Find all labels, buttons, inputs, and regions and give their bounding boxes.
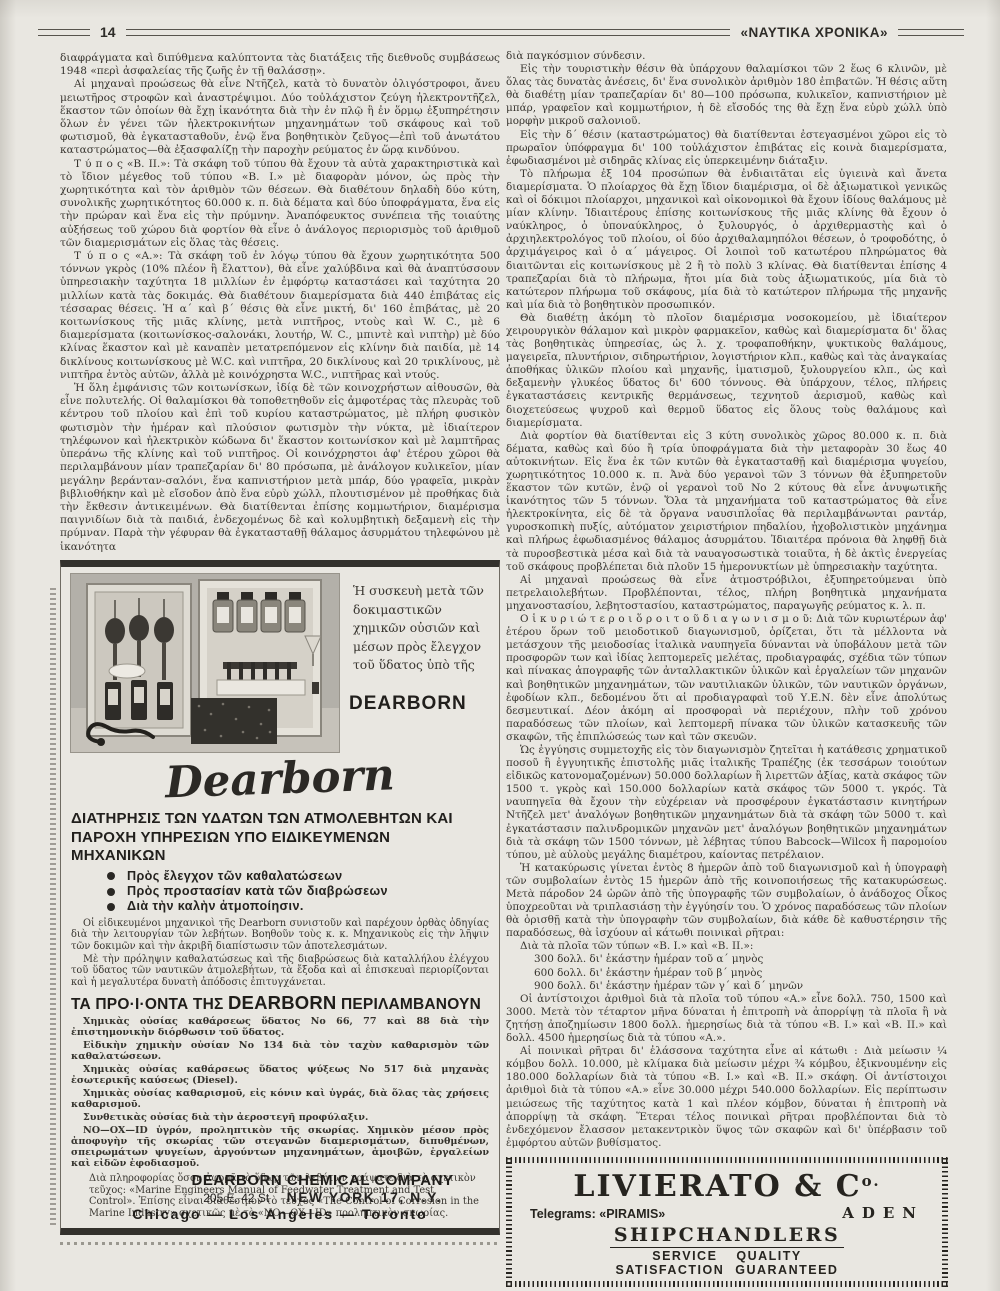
street-address: 205 E. 42 St	[203, 1191, 269, 1205]
right-column: διὰ παγκόσμιον σύνδεσιν.Εἰς τὴν τουριστι…	[506, 50, 947, 1152]
bullet-dot-icon	[107, 872, 115, 880]
caption-text: Ἡ συσκευὴ μετὰ τῶν δοκιμαστικῶν χημικῶν …	[349, 582, 489, 675]
bullet-text: Διὰ τὴν καλὴν ἀτμοποίησιν.	[127, 899, 304, 914]
scan-edge-artifact	[60, 1242, 500, 1245]
test-kit-cabinet-illustration	[71, 574, 339, 752]
ad-bullet-item: Πρὸς προστασίαν κατὰ τῶν διαβρώσεων	[107, 884, 489, 899]
product-item: Συνθετικὰς οὐσίας διὰ τὴν ἀεροστεγῆ προφ…	[71, 1112, 489, 1123]
body-paragraph: Θὰ διαθέτῃ ἀκόμη τὸ πλοῖον διαμέρισμα νο…	[506, 312, 947, 430]
bullet-dot-icon	[107, 888, 115, 896]
body-paragraph: Διὰ φορτίον θὰ διατίθενται εἰς 3 κύτη συ…	[506, 430, 947, 574]
body-paragraph: Τὸ πλήρωμα ἐξ 104 προσώπων θὰ ἐνδιαιτᾶτα…	[506, 168, 947, 312]
body-paragraph: Ὡς ἐγγύησις συμμετοχῆς εἰς τὸν διαγωνισμ…	[506, 744, 947, 862]
ad-headline-line1: ΔΙΑΤΗΡΗΣΙΣ ΤΩΝ ΥΔΑΤΩΝ ΤΩΝ ΑΤΜΟΛΕΒΗΤΩΝ ΚΑ…	[71, 810, 453, 827]
ad-paragraph: Οἱ εἰδικευμένοι μηχανικοὶ τῆς Dearborn σ…	[71, 918, 489, 952]
bullet-text: Πρὸς προστασίαν κατὰ τῶν διαβρώσεων	[127, 884, 388, 899]
company-block: DEARBORN CHEMICAL COMPANY 205 E. 42 St N…	[71, 1172, 489, 1222]
livierato-name: LIVIERATO & Co.	[526, 1169, 928, 1204]
magazine-page: 14 «ΝΑΥΤΙΚΑ ΧΡΟΝΙΚΑ» διαφράγματα καὶ διπ…	[0, 0, 1000, 1291]
body-paragraph: Οἱ ἀντίστοιχοι ἀριθμοὶ διὰ τὰ πλοῖα τοῦ …	[506, 993, 947, 1045]
body-paragraph: 900 δολλ. δι' ἑκάστην ἡμέραν τῶν γ΄ καὶ …	[506, 980, 947, 993]
dearborn-brand-word: DEARBORN	[349, 693, 489, 715]
body-paragraph: Αἱ ποινικαὶ ρῆτραι δι' ἐλάσσονα ταχύτητα…	[506, 1045, 947, 1150]
products-heading-prefix: ΤΑ ΠΡΟ·Ι·ΟΝΤΑ ΤΗΣ	[71, 996, 223, 1013]
body-paragraph: Τ ύ π ο ς «Α.»: Τὰ σκάφη τοῦ ἐν λόγῳ τύπ…	[60, 250, 500, 382]
header-rule	[898, 29, 964, 36]
body-paragraph: Διὰ τὰ πλοῖα τῶν τύπων «Β. Ι.» καὶ «Β. Ι…	[506, 940, 947, 953]
bullet-text: Πρὸς ἔλεγχον τῶν καθαλατώσεων	[127, 869, 343, 884]
bullet-dot-icon	[107, 903, 115, 911]
livierato-ad-content: LIVIERATO & Co. Telegrams: «PIRAMIS» ADE…	[512, 1163, 942, 1281]
body-paragraph: Ἡ ὅλη ἐμφάνισις τῶν κοιτωνίσκων, ἰδίᾳ δὲ…	[60, 382, 500, 554]
dearborn-product-photo	[71, 574, 339, 752]
livierato-ad: LIVIERATO & Co. Telegrams: «PIRAMIS» ADE…	[506, 1157, 948, 1287]
ad-headline: ΔΙΑΤΗΡΗΣΙΣ ΤΩΝ ΥΔΑΤΩΝ ΤΩΝ ΑΤΜΟΛΕΒΗΤΩΝ ΚΑ…	[71, 810, 489, 866]
body-paragraph: Τ ύ π ο ς «Β. ΙΙ.»: Τὰ σκάφη τοῦ τύπου θ…	[60, 158, 500, 250]
city-address: NEW YORK 17, N.Y.	[287, 1189, 442, 1205]
company-branches: Chicago — Los Angeles — Toronto	[71, 1206, 489, 1222]
header-rule	[126, 29, 731, 36]
telegrams: Telegrams: «PIRAMIS»	[530, 1207, 665, 1221]
products-list: Χημικὰς οὐσίας καθάρσεως ὕδατος Νο 66, 7…	[71, 1016, 489, 1169]
dearborn-logo-text: Dearborn	[162, 755, 395, 805]
livierato-name-sup: o.	[862, 1172, 881, 1190]
ad-headline-line2: ΠΑΡΟΧΗ ΥΠΗΡΕΣΙΩΝ ΥΠΟ ΕΙΔΙΚΕΥΜΕΝΩΝ ΜΗΧΑΝΙ…	[71, 829, 390, 865]
satisfaction-line: SATISFACTION GUARANTEED	[526, 1263, 928, 1277]
body-paragraph: Ο ἱ κ υ ρ ι ώ τ ε ρ ο ι ὅ ρ ο ι τ ο ῦ δ …	[506, 613, 947, 744]
ad-bullet-item: Πρὸς ἔλεγχον τῶν καθαλατώσεων	[107, 869, 489, 884]
service-quality-line: SERVICE QUALITY	[526, 1249, 928, 1263]
body-paragraph: Αἱ μηχαναὶ προώσεως θὰ εἶνε ἀτμοστρόβιλο…	[506, 574, 947, 613]
livierato-telegrams-row: Telegrams: «PIRAMIS» ADEN	[530, 1204, 924, 1222]
scan-edge-artifact	[50, 585, 56, 1225]
page-number: 14	[100, 24, 116, 40]
body-paragraph: 300 δολλ. δι' ἑκάστην ἡμέραν τοῦ α΄ μηνὸ…	[506, 953, 947, 966]
ad-border	[942, 1157, 948, 1287]
magazine-title: «ΝΑΥΤΙΚΑ ΧΡΟΝΙΚΑ»	[740, 25, 888, 40]
dearborn-photo-caption: Ἡ συσκευὴ μετὰ τῶν δοκιμαστικῶν χημικῶν …	[349, 574, 489, 752]
shipchandlers-title: SHIPCHANDLERS	[610, 1224, 844, 1248]
header-rule	[38, 29, 90, 36]
product-item: Χημικὰς οὐσίας καθαρισμοῦ, εἰς κόνιν καὶ…	[71, 1088, 489, 1110]
products-heading: ΤΑ ΠΡΟ·Ι·ΟΝΤΑ ΤΗΣ DEARBORN ΠΕΡΙΛΑΜΒΑΝΟΥΝ	[71, 992, 489, 1014]
body-paragraph: 600 δολλ. δι' ἑκάστην ἡμέραν τοῦ β΄ μηνὸ…	[506, 967, 947, 980]
ad-bullet-list: Πρὸς ἔλεγχον τῶν καθαλατώσεων Πρὸς προστ…	[71, 869, 489, 915]
body-paragraph: διαφράγματα καὶ διπύθμενα καλύπτοντα τὰς…	[60, 52, 500, 78]
telegrams-value: «PIRAMIS»	[599, 1207, 665, 1221]
product-item: Χημικὰς οὐσίας καθάρσεως ὕδατος ψύξεως Ν…	[71, 1064, 489, 1086]
ad-bullet-item: Διὰ τὴν καλὴν ἀτμοποίησιν.	[107, 899, 489, 914]
body-paragraph: Αἱ μηχαναὶ προώσεως θὰ εἶνε Ντῆζελ, κατὰ…	[60, 78, 500, 157]
product-item: Εἰδικὴν χημικὴν οὐσίαν Νο 134 διὰ τὸν τα…	[71, 1040, 489, 1062]
livierato-name-main: LIVIERATO & C	[573, 1169, 861, 1204]
ad-border	[506, 1281, 948, 1287]
shipchandlers-title-row: SHIPCHANDLERS	[526, 1224, 928, 1246]
telegrams-label: Telegrams:	[530, 1207, 596, 1221]
dearborn-photo-row: Ἡ συσκευὴ μετὰ τῶν δοκιμαστικῶν χημικῶν …	[71, 574, 489, 752]
dearborn-ad: Ἡ συσκευὴ μετὰ τῶν δοκιμαστικῶν χημικῶν …	[60, 560, 500, 1235]
product-item: NO—OX—ID ὑγρόν, προληπτικὸν τῆς σκωρίας.…	[71, 1125, 489, 1169]
body-paragraph: Εἰς τὴν δ΄ θέσιν (καταστρώματος) θὰ διατ…	[506, 129, 947, 168]
body-paragraph: Εἰς τὴν τουριστικὴν θέσιν θὰ ὑπάρχουν θα…	[506, 63, 947, 128]
ad-paragraph: Μὲ τὴν πρόληψιν καθαλατώσεως καὶ τῆς δια…	[71, 954, 489, 988]
product-item: Χημικὰς οὐσίας καθάρσεως ὕδατος Νο 66, 7…	[71, 1016, 489, 1038]
body-paragraph: Ἡ κατακύρωσις γίνεται ἐντὸς 8 ἡμερῶν ἀπὸ…	[506, 862, 947, 941]
products-heading-brand: DEARBORN	[228, 992, 337, 1013]
left-column: διαφράγματα καὶ διπύθμενα καλύπτοντα τὰς…	[60, 52, 500, 558]
products-heading-suffix: ΠΕΡΙΛΑΜΒΑΝΟΥΝ	[341, 996, 481, 1013]
body-paragraph: διὰ παγκόσμιον σύνδεσιν.	[506, 50, 947, 63]
company-address: 205 E. 42 St NEW YORK 17, N.Y.	[71, 1189, 489, 1205]
page-header: 14 «ΝΑΥΤΙΚΑ ΧΡΟΝΙΚΑ»	[38, 24, 964, 40]
company-name: DEARBORN CHEMICAL COMPANY	[71, 1172, 489, 1189]
aden-city: ADEN	[842, 1204, 924, 1222]
dearborn-logo: Dearborn	[71, 755, 489, 809]
